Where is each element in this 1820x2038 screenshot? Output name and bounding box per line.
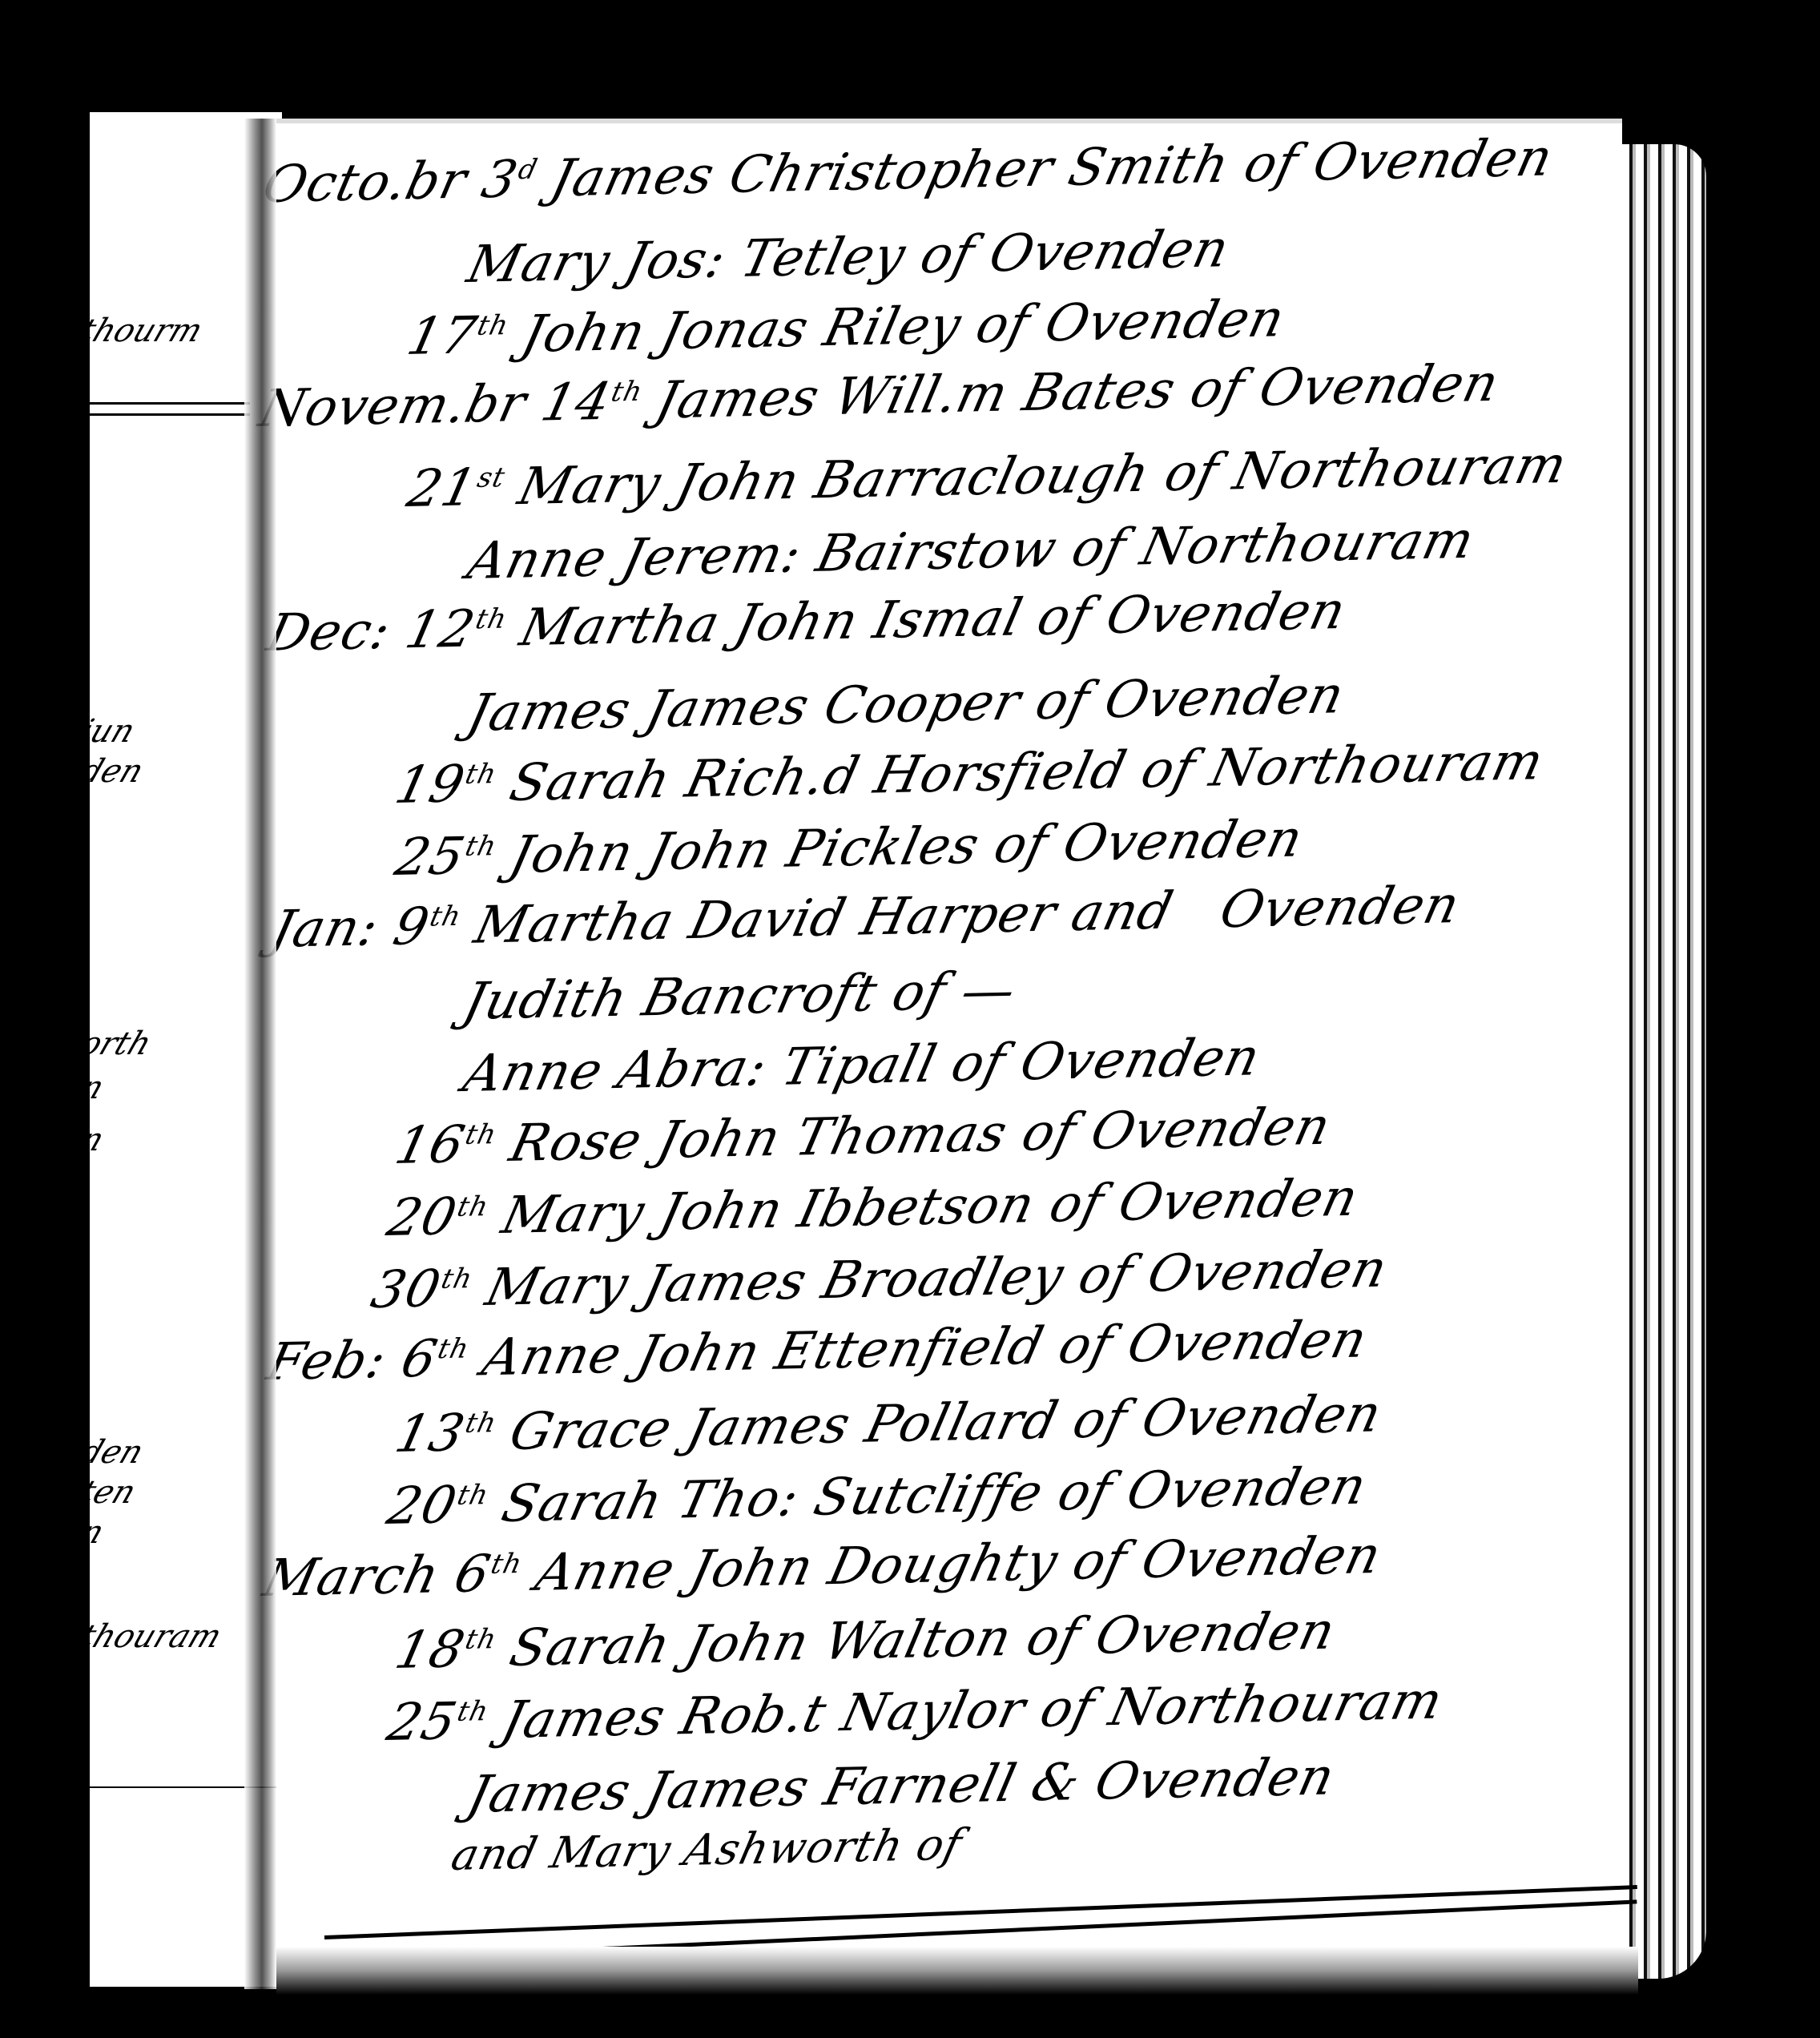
entry-child: Mary [462, 232, 616, 295]
entry-surname: Riley [818, 296, 967, 359]
entry-place: of Ovenden [989, 809, 1308, 875]
entry-surname: Barraclough [809, 445, 1156, 511]
page-edges [1610, 144, 1706, 1979]
entry-surname: Pickles [781, 816, 984, 880]
entry-place: of Northouram [1159, 436, 1572, 503]
entry-place: of Ovenden [1030, 666, 1350, 731]
entry-parent: Jos: [619, 230, 731, 292]
previous-page-fragment: iun [75, 713, 140, 750]
entry-parent: John [642, 820, 777, 882]
entry-surname: Broadley [816, 1247, 1069, 1311]
page-bottom-edge [276, 1947, 1638, 1995]
register-entry: 19th Sarah Rich.d Horsfield of Northoura… [390, 732, 1549, 816]
entry-parent: James [682, 1396, 856, 1458]
entry-place: Ovenden [1089, 1748, 1340, 1812]
entry-surname: Horsfield [869, 741, 1133, 805]
register-page: Octo.br 3d James Christopher Smith of Ov… [276, 119, 1622, 1966]
entry-child: Anne [477, 1326, 627, 1388]
register-entry: 16th Rose John Thomas of Ovenden [390, 1098, 1337, 1176]
entry-month: Dec: [262, 602, 397, 663]
entry-day: 30th [366, 1259, 477, 1320]
entry-parent: Will.m [829, 365, 1014, 427]
previous-page-fragment: thourm [75, 312, 207, 349]
entry-parent: John [684, 1538, 819, 1600]
entry-place: of Ovenden [946, 1028, 1266, 1094]
entry-day: 14th [536, 372, 647, 433]
entry-child: Martha [469, 892, 679, 956]
register-entry: Anne Abra: Tipall of Ovenden [458, 1028, 1266, 1104]
entry-day: 25th [390, 826, 501, 888]
entry-parent: Rich.d [680, 747, 865, 809]
entry-day: 20th [382, 1186, 493, 1248]
previous-page-fragment: n [75, 1514, 110, 1551]
entry-day: 17th [402, 305, 513, 367]
entry-place: of Ovenden [971, 289, 1291, 355]
entry-place: of Ovenden [1238, 129, 1558, 195]
previous-page-fragment: n [75, 1122, 110, 1158]
entry-day: 9th [388, 896, 465, 957]
register-entry: Anne Jerem: Bairstow of Northouram [462, 511, 1480, 591]
entry-surname: Ettenfield [770, 1317, 1049, 1382]
entry-parent: Tho: [672, 1468, 805, 1530]
register-entry: Feb: 6th Anne John Ettenfield of Ovenden [262, 1310, 1373, 1392]
entry-month: Octo.br [258, 151, 473, 215]
previous-page-fragment: n [75, 1069, 110, 1106]
entry-surname: Ashworth [679, 1820, 908, 1875]
register-entries: Octo.br 3d James Christopher Smith of Ov… [276, 123, 1622, 1966]
entry-month: Feb: [262, 1331, 393, 1392]
register-entry: 30th Mary James Broadley of Ovenden [366, 1240, 1393, 1320]
dash-mark: — [956, 961, 1021, 1021]
register-entry: James James Farnell & Ovenden [462, 1748, 1341, 1825]
entry-parent: John [654, 1181, 788, 1243]
entry-place: of Ovenden [1045, 1169, 1364, 1234]
entry-day: 12th [400, 599, 511, 661]
previous-page-fragment: ten [75, 1474, 141, 1511]
entry-place: of Northouram [1136, 732, 1549, 799]
register-entry: 20th Mary John Ibbetson of Ovenden [382, 1169, 1364, 1248]
entry-parent: Rob.t [674, 1685, 832, 1747]
entry-parent: James [640, 677, 815, 739]
entry-month: Novem.br [254, 374, 533, 439]
entry-surname: Tipall [776, 1035, 942, 1098]
entry-child: Mary [497, 1183, 650, 1246]
entry-surname: Harper and [856, 882, 1179, 948]
entry-child: Martha [514, 594, 725, 658]
entry-parent: David [683, 888, 852, 951]
entry-parent: Abra: [612, 1038, 772, 1101]
previous-page-fragment: thouram [75, 1618, 227, 1655]
entry-place: of Northouram [1066, 511, 1480, 578]
entry-place: of Northouram [1035, 1672, 1448, 1739]
entry-place: of Ovenden [1021, 1602, 1341, 1668]
entry-parent: John [631, 1323, 766, 1384]
entry-parent: James [640, 1758, 815, 1821]
entry-parent: James [638, 1252, 812, 1315]
register-entry: 25th John John Pickles of Ovenden [390, 809, 1309, 888]
register-entry: James James Cooper of Ovenden [462, 666, 1351, 743]
entry-day: 21st [402, 458, 509, 519]
entry-child: James [462, 1762, 637, 1825]
register-entry: 20th Sarah Tho: Sutcliffe of Ovenden [382, 1457, 1372, 1537]
entry-child: James [497, 1688, 671, 1750]
book-gutter [244, 119, 276, 1989]
register-entry: March 6th Anne John Doughty of Ovenden [258, 1526, 1387, 1609]
entry-surname: Naylor [836, 1680, 1031, 1743]
entry-surname: Smith [1063, 135, 1235, 198]
divider-rule [90, 402, 250, 405]
register-entry: Judith Bancroft of — [458, 961, 1022, 1032]
entry-child: John [505, 824, 639, 885]
register-entry: 21st Mary John Barraclough of Northouram [402, 436, 1573, 519]
register-entry: 13th Grace James Pollard of Ovenden [390, 1384, 1387, 1464]
entry-place: of Ovenden [1067, 1526, 1387, 1592]
register-entry: 17th John Jonas Riley of Ovenden [402, 289, 1291, 367]
entry-parent: John [670, 452, 805, 514]
previous-page-fragment: den [75, 1434, 149, 1471]
entry-surname: Bates [1017, 360, 1181, 423]
entry-surname: Farnell & [819, 1753, 1086, 1818]
register-entry: 18th Sarah John Walton of Ovenden [390, 1602, 1341, 1681]
entry-surname: Pollard [860, 1392, 1064, 1455]
entry-child: Anne [458, 1041, 609, 1104]
entry-place: of Ovenden [1053, 1310, 1373, 1375]
entry-parent: John [651, 1109, 786, 1170]
entry-child: Anne [530, 1541, 681, 1603]
register-entry: Octo.br 3d James Christopher Smith of Ov… [258, 129, 1559, 215]
entry-surname: Doughty [823, 1533, 1063, 1597]
entry-day: 13th [390, 1403, 501, 1464]
entry-day: 3d [477, 150, 542, 210]
entry-surname: Bancroft [637, 964, 883, 1028]
entry-place: of Ovenden [1073, 1240, 1393, 1306]
entry-surname: Walton [819, 1609, 1017, 1672]
entry-place: of Ovenden [1053, 1457, 1372, 1523]
entry-surname: Cooper [819, 673, 1027, 736]
entry-surname: Bairstow [811, 520, 1063, 584]
entry-child: and [447, 1828, 542, 1880]
register-entry: 25th James Rob.t Naylor of Northouram [382, 1672, 1449, 1753]
entry-day: 20th [382, 1475, 493, 1537]
register-entry: and Mary Ashworth of [447, 1819, 967, 1880]
entry-child: James [546, 146, 720, 208]
register-entry: Mary Jos: Tetley of Ovenden [462, 220, 1235, 295]
entry-child: John [517, 303, 651, 365]
entry-place: of [887, 963, 952, 1023]
entry-place: of Ovenden [1017, 1098, 1336, 1163]
entry-place: of Ovenden [1185, 354, 1504, 420]
register-entry: Novem.br 14th James Will.m Bates of Oven… [254, 354, 1505, 439]
entry-surname: Ismal [868, 588, 1028, 650]
entry-surname: Sutcliffe [808, 1464, 1049, 1528]
entry-place: of [912, 1819, 967, 1871]
entry-parent: Mary [546, 1825, 676, 1878]
entry-surname: Thomas [790, 1104, 1013, 1167]
register-entry: Jan: 9th Martha David Harper and Ovenden [266, 876, 1466, 960]
entry-child: Anne [462, 529, 613, 591]
entry-surname: Ibbetson [792, 1175, 1041, 1239]
previous-page-fragment: orth [75, 1025, 157, 1062]
entry-child: Judith [458, 969, 634, 1032]
entry-child: Sarah [505, 1616, 677, 1678]
entry-child: Sarah [497, 1472, 669, 1534]
entry-child: Rose [505, 1112, 648, 1174]
entry-child: James [650, 368, 825, 430]
entry-month: Jan: [266, 898, 385, 960]
entry-place: of Ovenden [915, 220, 1234, 285]
entry-parent: John [680, 1613, 815, 1674]
entry-month: March [258, 1545, 445, 1609]
entry-place: of Ovenden [1068, 1384, 1387, 1450]
register-entry: Dec: 12th Martha John Ismal of Ovenden [262, 582, 1352, 663]
entry-child: Mary [481, 1255, 634, 1318]
entry-parent: Christopher [724, 139, 1060, 205]
divider-rule [90, 413, 250, 416]
entry-day: 16th [390, 1114, 501, 1176]
entry-place: Ovenden [1214, 876, 1465, 940]
entry-day: 25th [382, 1691, 493, 1753]
entry-day: 18th [390, 1619, 501, 1681]
entry-parent: John [729, 592, 864, 654]
entry-child: Sarah [505, 751, 677, 813]
entry-day: 19th [390, 754, 501, 816]
entry-parent: Jonas [654, 300, 814, 362]
entry-parent: Jerem: [616, 525, 807, 588]
previous-page-fragment: den [75, 753, 149, 790]
entry-child: James [462, 681, 637, 743]
entry-place: of Ovenden [1032, 582, 1351, 647]
entry-child: Grace [505, 1400, 678, 1462]
entry-day: 6th [449, 1544, 526, 1605]
entry-surname: Tetley [735, 227, 912, 289]
entry-child: Mary [513, 454, 666, 517]
entry-day: 6th [396, 1329, 473, 1390]
